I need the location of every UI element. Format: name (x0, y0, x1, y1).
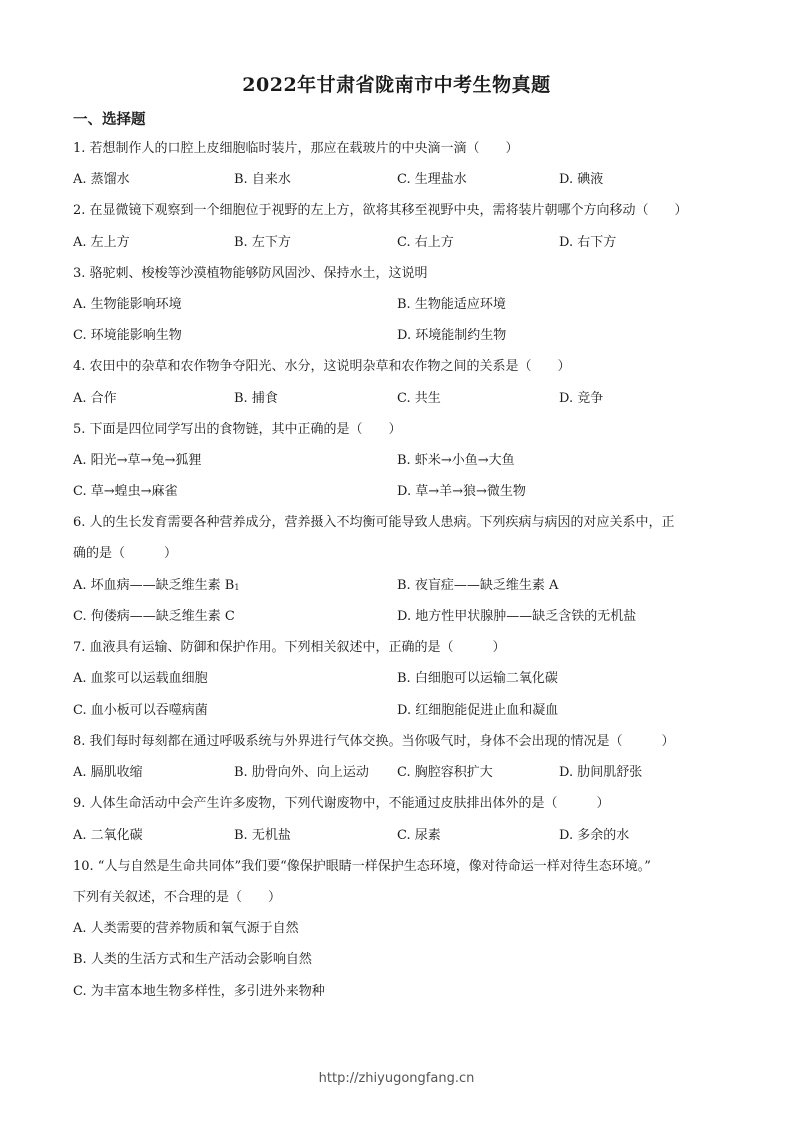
q3-option-a: A. 生物能影响环境 (73, 297, 182, 313)
q3-option-d: D. 环境能制约生物 (397, 328, 506, 344)
q6-option-d: D. 地方性甲状腺肿——缺乏含铁的无机盐 (397, 609, 636, 625)
question-10-stem: 10. “人与自然是生命共同体”我们要“像保护眼睛一样保护生态环境，像对待命运一… (73, 859, 651, 875)
q9-option-d: D. 多余的水 (559, 828, 629, 844)
q7-option-b: B. 白细胞可以运输二氧化碳 (397, 671, 558, 687)
q1-option-c: C. 生理盐水 (397, 172, 467, 188)
q8-option-c: C. 胸腔容积扩大 (397, 765, 493, 781)
q10-option-a: A. 人类需要的营养物质和氧气源于自然 (73, 921, 299, 937)
q7-option-a: A. 血浆可以运载血细胞 (73, 671, 208, 687)
question-9-stem: 9. 人体生命活动中会产生许多废物，下列代谢废物中，不能通过皮肤排出体外的是（ … (73, 796, 610, 812)
question-6-stem-cont: 确的是（ ） (73, 546, 177, 562)
q5-option-a: A. 阳光→草→兔→狐狸 (73, 453, 201, 469)
q9-option-c: C. 尿素 (397, 828, 441, 844)
q3-option-c: C. 环境能影响生物 (73, 328, 182, 344)
q4-option-b: B. 捕食 (234, 391, 278, 407)
q6-option-a: A. 坏血病——缺乏维生素 B1 (73, 578, 239, 596)
page-title: 2022年甘肃省陇南市中考生物真题 (0, 70, 793, 97)
footer-url[interactable]: http://zhiyugongfang.cn (0, 1071, 793, 1086)
q6-option-c: C. 佝偻病——缺乏维生素 C (73, 609, 235, 625)
q8-option-d: D. 肋间肌舒张 (559, 765, 642, 781)
q10-option-b: B. 人类的生活方式和生产活动会影响自然 (73, 952, 312, 968)
q8-option-b: B. 肋骨向外、向上运动 (234, 765, 369, 781)
q5-option-d: D. 草→羊→狼→微生物 (397, 484, 526, 500)
q2-option-c: C. 右上方 (397, 235, 454, 251)
q7-option-c: C. 血小板可以吞噬病菌 (73, 703, 208, 719)
question-2-stem: 2. 在显微镜下观察到一个细胞位于视野的左上方，欲将其移至视野中央，需将装片朝哪… (73, 203, 688, 219)
q2-option-a: A. 左上方 (73, 235, 130, 251)
question-1-stem: 1. 若想制作人的口腔上皮细胞临时装片，那应在载玻片的中央滴一滴（ ） (73, 141, 519, 157)
q4-option-a: A. 合作 (73, 391, 117, 407)
question-8-stem: 8. 我们每时每刻都在通过呼吸系统与外界进行气体交换。当你吸气时，身体不会出现的… (73, 734, 675, 750)
q1-option-a: A. 蒸馏水 (73, 172, 130, 188)
q4-option-c: C. 共生 (397, 391, 441, 407)
q9-option-a: A. 二氧化碳 (73, 828, 143, 844)
q8-option-a: A. 膈肌收缩 (73, 765, 143, 781)
q10-option-c: C. 为丰富本地生物多样性，多引进外来物种 (73, 984, 325, 1000)
subscript: 1 (234, 583, 239, 592)
question-6-stem: 6. 人的生长发育需要各种营养成分，营养摄入不均衡可能导致人患病。下列疾病与病因… (73, 515, 675, 531)
question-4-stem: 4. 农田中的杂草和农作物争夺阳光、水分，这说明杂草和农作物之间的关系是（ ） (73, 359, 571, 375)
section-heading: 一、选择题 (73, 108, 146, 129)
question-10-stem-cont: 下列有关叙述，不合理的是（ ） (73, 890, 281, 906)
q9-option-b: B. 无机盐 (234, 828, 291, 844)
q5-option-b: B. 虾米→小鱼→大鱼 (397, 453, 515, 469)
q2-option-b: B. 左下方 (234, 235, 291, 251)
q6-option-a-text: A. 坏血病——缺乏维生素 B (73, 578, 234, 593)
q6-option-b: B. 夜盲症——缺乏维生素 A (397, 578, 558, 594)
q2-option-d: D. 右下方 (559, 235, 616, 251)
q1-option-d: D. 碘液 (559, 172, 603, 188)
question-3-stem: 3. 骆驼刺、梭梭等沙漠植物能够防风固沙、保持水土，这说明 (73, 266, 428, 282)
q7-option-d: D. 红细胞能促进止血和凝血 (397, 703, 558, 719)
q1-option-b: B. 自来水 (234, 172, 291, 188)
question-5-stem: 5. 下面是四位同学写出的食物链，其中正确的是（ ） (73, 422, 402, 438)
q5-option-c: C. 草→蝗虫→麻雀 (73, 484, 178, 500)
q3-option-b: B. 生物能适应环境 (397, 297, 506, 313)
question-7-stem: 7. 血液具有运输、防御和保护作用。下列相关叙述中，正确的是（ ） (73, 640, 506, 656)
q4-option-d: D. 竞争 (559, 391, 603, 407)
